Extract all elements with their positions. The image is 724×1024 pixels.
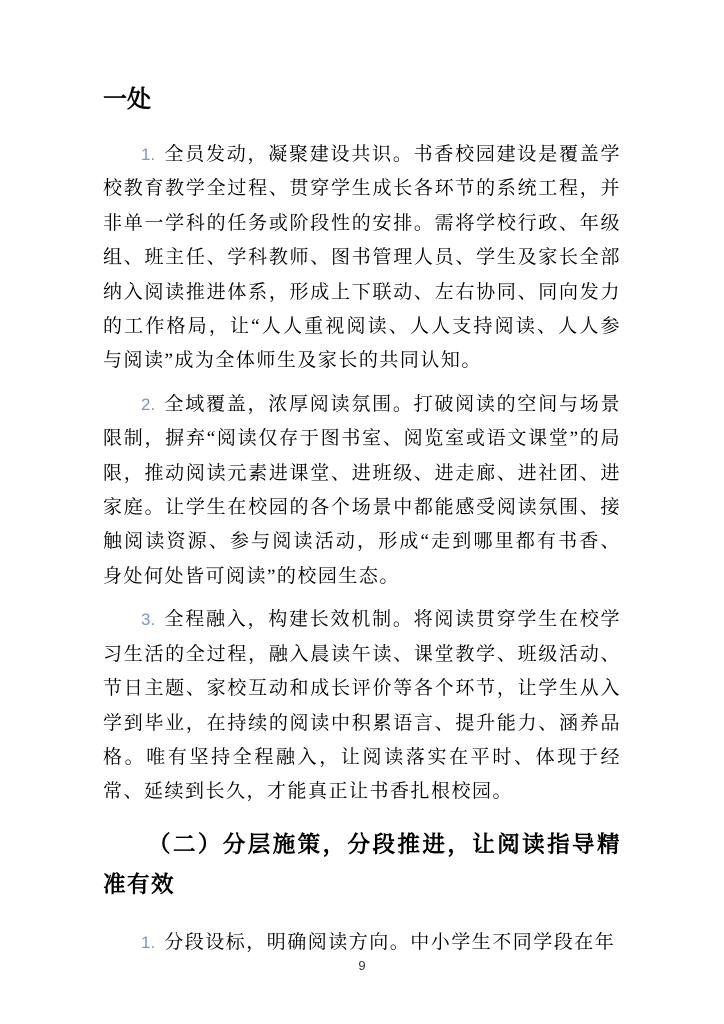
list-number-4: 1. (141, 933, 155, 952)
paragraph-3: 3.全程融入，构建长效机制。将阅读贯穿学生在校学习生活的全过程，融入晨读午读、课… (103, 603, 621, 809)
document-page: 一处 1.全员发动，凝聚建设共识。书香校园建设是覆盖学校教育教学全过程、贯穿学生… (0, 0, 724, 1024)
paragraph-4-text: 分段设标，明确阅读方向。中小学生不同学段在年 (164, 932, 615, 953)
page-content: 一处 1.全员发动，凝聚建设共识。书香校园建设是覆盖学校教育教学全过程、贯穿学生… (103, 0, 621, 960)
page-number: 9 (0, 958, 724, 973)
list-number-2: 2. (141, 395, 155, 414)
continued-section-heading: 一处 (103, 84, 621, 117)
paragraph-2: 2.全域覆盖，浓厚阅读氛围。打破阅读的空间与场景限制，摒弃“阅读仅存于图书室、阅… (103, 388, 621, 594)
paragraph-1-text: 全员发动，凝聚建设共识。书香校园建设是覆盖学校教育教学全过程、贯穿学生成长各环节… (103, 144, 621, 371)
section-heading-2: （二）分层施策，分段推进，让阅读指导精准有效 (103, 825, 621, 905)
list-number-3: 3. (141, 610, 155, 629)
paragraph-2-text: 全域覆盖，浓厚阅读氛围。打破阅读的空间与场景限制，摒弃“阅读仅存于图书室、阅览室… (103, 394, 621, 587)
paragraph-4: 1.分段设标，明确阅读方向。中小学生不同学段在年 (103, 926, 621, 960)
paragraph-3-text: 全程融入，构建长效机制。将阅读贯穿学生在校学习生活的全过程，融入晨读午读、课堂教… (103, 609, 621, 802)
paragraph-1: 1.全员发动，凝聚建设共识。书香校园建设是覆盖学校教育教学全过程、贯穿学生成长各… (103, 138, 621, 379)
list-number-1: 1. (141, 145, 155, 164)
